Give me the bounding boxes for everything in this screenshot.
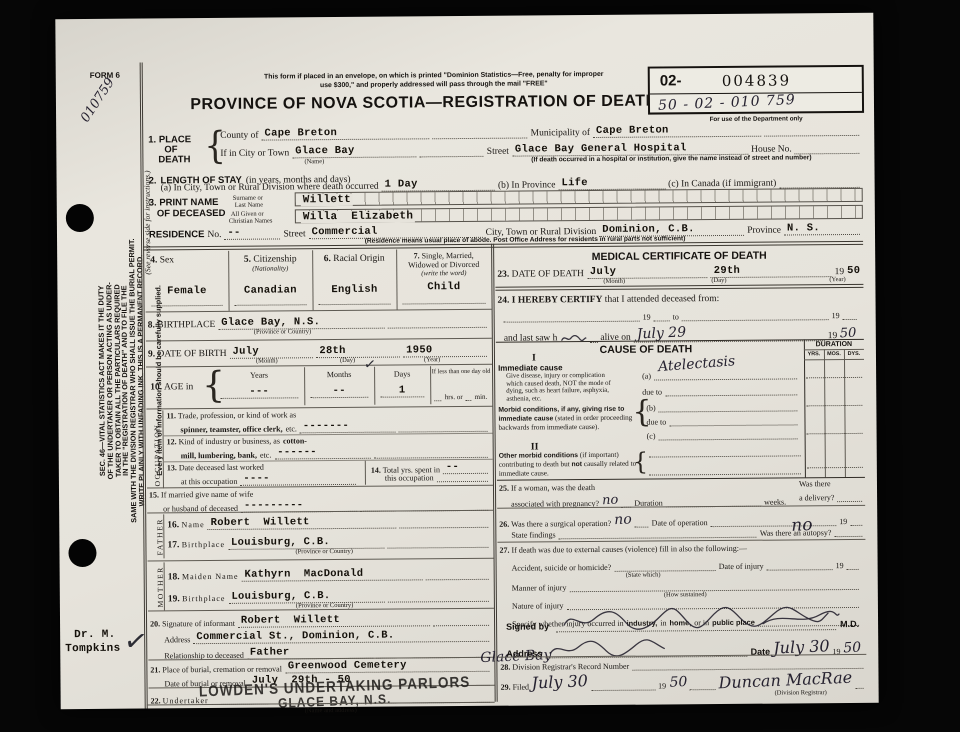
hrs-label: hrs. or xyxy=(445,393,463,401)
rule xyxy=(148,558,494,562)
last-worked-row: 13. Date deceased last worked xyxy=(167,462,359,473)
marital-status-sub: (write the word) xyxy=(396,269,491,278)
surname-value: Willett xyxy=(301,194,353,206)
section-1-label: DEATH xyxy=(158,154,190,165)
rule xyxy=(318,294,390,306)
residence-no-value: -- xyxy=(227,227,240,239)
rule xyxy=(807,423,863,434)
rule xyxy=(649,445,801,457)
rule xyxy=(380,386,424,397)
section-3-label: OF DECEASED xyxy=(157,208,226,220)
relationship-value: Father xyxy=(250,646,290,658)
industry-value: ------ xyxy=(277,446,317,458)
city-label: If in City or Town xyxy=(220,148,289,159)
physician-address-scribble xyxy=(548,638,668,657)
death-month-value: July xyxy=(590,266,616,278)
pregnancy-label: 25. If a woman, was the death xyxy=(499,483,595,493)
rule xyxy=(151,295,222,307)
last-worked-value: ---- xyxy=(243,473,269,485)
death-day-value: 29th xyxy=(714,265,740,277)
residence-province-value: N. S. xyxy=(787,222,820,234)
registration-number: 004839 xyxy=(722,71,791,90)
informant-address-value: Commercial St., Dominion, C.B. xyxy=(196,630,394,644)
province-country-sub: (Province or Country) xyxy=(295,548,352,555)
demographics-row: 4. Sex Female 5. Citizenship (Nationalit… xyxy=(145,249,491,312)
age-less-than-label: If less than one day old xyxy=(430,368,492,375)
rule xyxy=(164,562,165,610)
registration-prefix: 02- xyxy=(660,72,682,89)
given-names-label: Christian Names xyxy=(229,218,273,225)
trade-value: ------- xyxy=(303,420,349,432)
age-years-label: Years xyxy=(214,370,304,380)
cause-part1-numeral: I xyxy=(532,352,536,363)
doctor-name: Dr. M. xyxy=(74,629,116,641)
page-title: PROVINCE OF NOVA SCOTIA—REGISTRATION OF … xyxy=(144,92,704,114)
day-sub: (Day) xyxy=(711,277,726,284)
rule xyxy=(146,338,492,342)
state-which-sub: (State which) xyxy=(626,571,661,578)
autopsy-answer: no xyxy=(791,515,813,536)
punch-hole xyxy=(68,539,96,567)
date-of-death-row: 23. DATE OF DEATH July 29th 19 50 xyxy=(497,264,863,280)
age-days-label: Days xyxy=(374,369,430,378)
division-registrar-sub: (Division Registrar) xyxy=(775,689,827,696)
cause-due-to-row: due to xyxy=(642,384,800,396)
year-sub: (Year) xyxy=(424,356,440,363)
signed-by-label: Signed by xyxy=(506,621,549,631)
rule xyxy=(806,367,862,378)
cause-due-to2-row: due to xyxy=(646,414,800,426)
citizenship-sub: (Nationality) xyxy=(228,264,312,273)
birth-year-value: 1950 xyxy=(406,344,432,356)
md-label: M.D. xyxy=(840,619,859,629)
rule xyxy=(649,463,801,475)
registration-number-box: 02- 004839 50 - 02 - 010 759 xyxy=(648,65,864,115)
filed-year-value: 50 xyxy=(669,674,687,691)
last-worked-row2: at this occupation ---- xyxy=(181,472,359,486)
month-sub: (Month) xyxy=(256,357,278,364)
given-names-value: Willa Elizabeth xyxy=(301,210,416,223)
occupation-group-label: OCCUPATION xyxy=(152,424,161,487)
father-birthplace-value: Louisburg, C.B. xyxy=(231,536,330,549)
document-paper: FORM 6 010759 SEC. 46—VITAL STATISTICS A… xyxy=(55,13,878,709)
burial-place-row: 21. Place of burial, cremation or remova… xyxy=(150,659,492,675)
accident-row: Accident, suicide or homicide? Date of i… xyxy=(512,559,862,573)
section-3-label: 3. PRINT NAME xyxy=(149,197,219,209)
city-value: Glace Bay xyxy=(295,145,355,157)
mother-name-row: 18. Maiden Name Kathyrn MacDonald xyxy=(168,567,492,583)
duration-col-mos: MOS. xyxy=(824,351,844,357)
duration-col-dys: DYS. xyxy=(844,351,864,357)
delivery-label: Was there xyxy=(799,479,831,488)
brace: { xyxy=(633,449,648,475)
rule xyxy=(234,294,306,306)
punch-hole xyxy=(66,204,94,232)
rule xyxy=(495,284,863,291)
municipality-label: Municipality of xyxy=(531,128,590,138)
citizenship-label: 5. Citizenship xyxy=(228,254,312,265)
sex-label: 4. Sex xyxy=(150,255,174,265)
medical-certificate-title: MEDICAL CERTIFICATE OF DEATH xyxy=(495,249,863,264)
filed-date-value: July 30 xyxy=(532,671,589,692)
burial-place-value: Greenwood Cemetery xyxy=(288,659,407,672)
birth-month-value: July xyxy=(232,346,258,358)
county-row: County of Cape Breton Municipality of Ca… xyxy=(220,123,862,141)
year-sub: (Year) xyxy=(829,276,845,283)
mother-birthplace-value: Louisburg, C.B. xyxy=(231,590,330,603)
rule xyxy=(148,608,494,612)
informant-address-row: Address Commercial St., Dominion, C.B. xyxy=(164,629,492,645)
rule xyxy=(807,457,863,468)
external-causes-row: 27. If death was due to external causes … xyxy=(499,543,865,555)
street-value: Glace Bay General Hospital xyxy=(515,142,687,155)
total-years-row2: this occupation xyxy=(385,471,491,483)
stay-b-label: (b) In Province xyxy=(498,180,556,190)
duration-col-yrs: YRS. xyxy=(804,351,824,357)
father-name-value: Robert Willett xyxy=(211,516,310,529)
morbid-conditions-label: Morbid conditions, if any, giving rise t… xyxy=(498,405,636,432)
trade-row2: spinner, teamster, office clerk, etc. --… xyxy=(180,419,490,434)
racial-origin-label: 6. Racial Origin xyxy=(312,254,396,265)
certify-dates-row: 19 to 19 xyxy=(504,309,860,323)
age-section: 10. AGE in { Years Months Days If less t… xyxy=(146,364,492,409)
cause-c-row: (c) xyxy=(647,428,801,440)
other-morbid-label: Other morbid conditions (if important) c… xyxy=(499,451,639,478)
rule xyxy=(556,619,836,632)
duration-header: DURATION xyxy=(804,341,864,348)
rule xyxy=(163,514,164,558)
surname-label: Last Name xyxy=(235,202,263,209)
residence-division-value: Dominion, C.B. xyxy=(602,223,695,236)
stay-a-value: 1 Day xyxy=(385,178,418,190)
marital-status-value: Child xyxy=(396,281,491,294)
cause-b-row: (b) xyxy=(646,400,800,412)
county-label: County of xyxy=(220,131,258,141)
death-year-value: 50 xyxy=(847,265,860,277)
day-sub: (Day) xyxy=(340,357,355,364)
month-sub: (Month) xyxy=(603,278,625,285)
rule xyxy=(365,461,366,485)
min-label: min. xyxy=(475,393,488,401)
scanned-death-registration: FORM 6 010759 SEC. 46—VITAL STATISTICS A… xyxy=(0,0,960,732)
delivery-row: a delivery? xyxy=(799,491,865,503)
mother-maiden-name-value: Kathyrn MacDonald xyxy=(244,568,363,581)
industry-row2: mill, lumbering, bank, etc. ------ xyxy=(181,445,491,460)
municipality-value: Cape Breton xyxy=(596,124,669,137)
province-country-sub: (Province or Country) xyxy=(254,328,311,335)
immediate-cause-note: Give disease, injury or complication whi… xyxy=(506,372,614,403)
spouse-value: --------- xyxy=(244,499,304,511)
birthplace-value: Glace Bay, N.S. xyxy=(221,316,320,329)
house-no-label: House No. xyxy=(751,144,792,154)
age-hours-row: hrs. or min. xyxy=(434,390,490,401)
father-name-row: 16. Name Robert Willett xyxy=(167,515,491,531)
rule xyxy=(804,359,864,360)
handwritten-registration-number: 50 - 02 - 010 759 xyxy=(658,92,796,114)
street-label: Street xyxy=(487,147,509,157)
birth-day-value: 28th xyxy=(319,345,345,357)
rule xyxy=(806,395,862,406)
rule xyxy=(220,387,298,399)
rule xyxy=(497,539,865,543)
informant-value: Robert Willett xyxy=(241,614,340,627)
county-value: Cape Breton xyxy=(264,127,337,140)
birthplace-row: 8. BIRTHPLACE Glace Bay, N.S. xyxy=(148,315,490,331)
operation-answer: no xyxy=(614,511,632,528)
doctor-name: Tompkins xyxy=(65,643,120,655)
residence-street-value: Commercial xyxy=(312,226,378,239)
name-sub: (Name) xyxy=(304,158,324,165)
cause-of-death-title: CAUSE OF DEATH xyxy=(496,342,796,356)
certify-row: 24. I HEREBY CERTIFY that I attended dec… xyxy=(497,293,863,306)
informant-row: 20. Signature of informant Robert Willet… xyxy=(150,613,492,629)
rule xyxy=(310,387,368,398)
stay-b-value: Life xyxy=(561,177,587,189)
rule xyxy=(402,293,485,305)
check-mark: ✓ xyxy=(363,356,377,373)
age-label: 10. AGE in xyxy=(150,382,193,392)
rule xyxy=(162,410,164,488)
